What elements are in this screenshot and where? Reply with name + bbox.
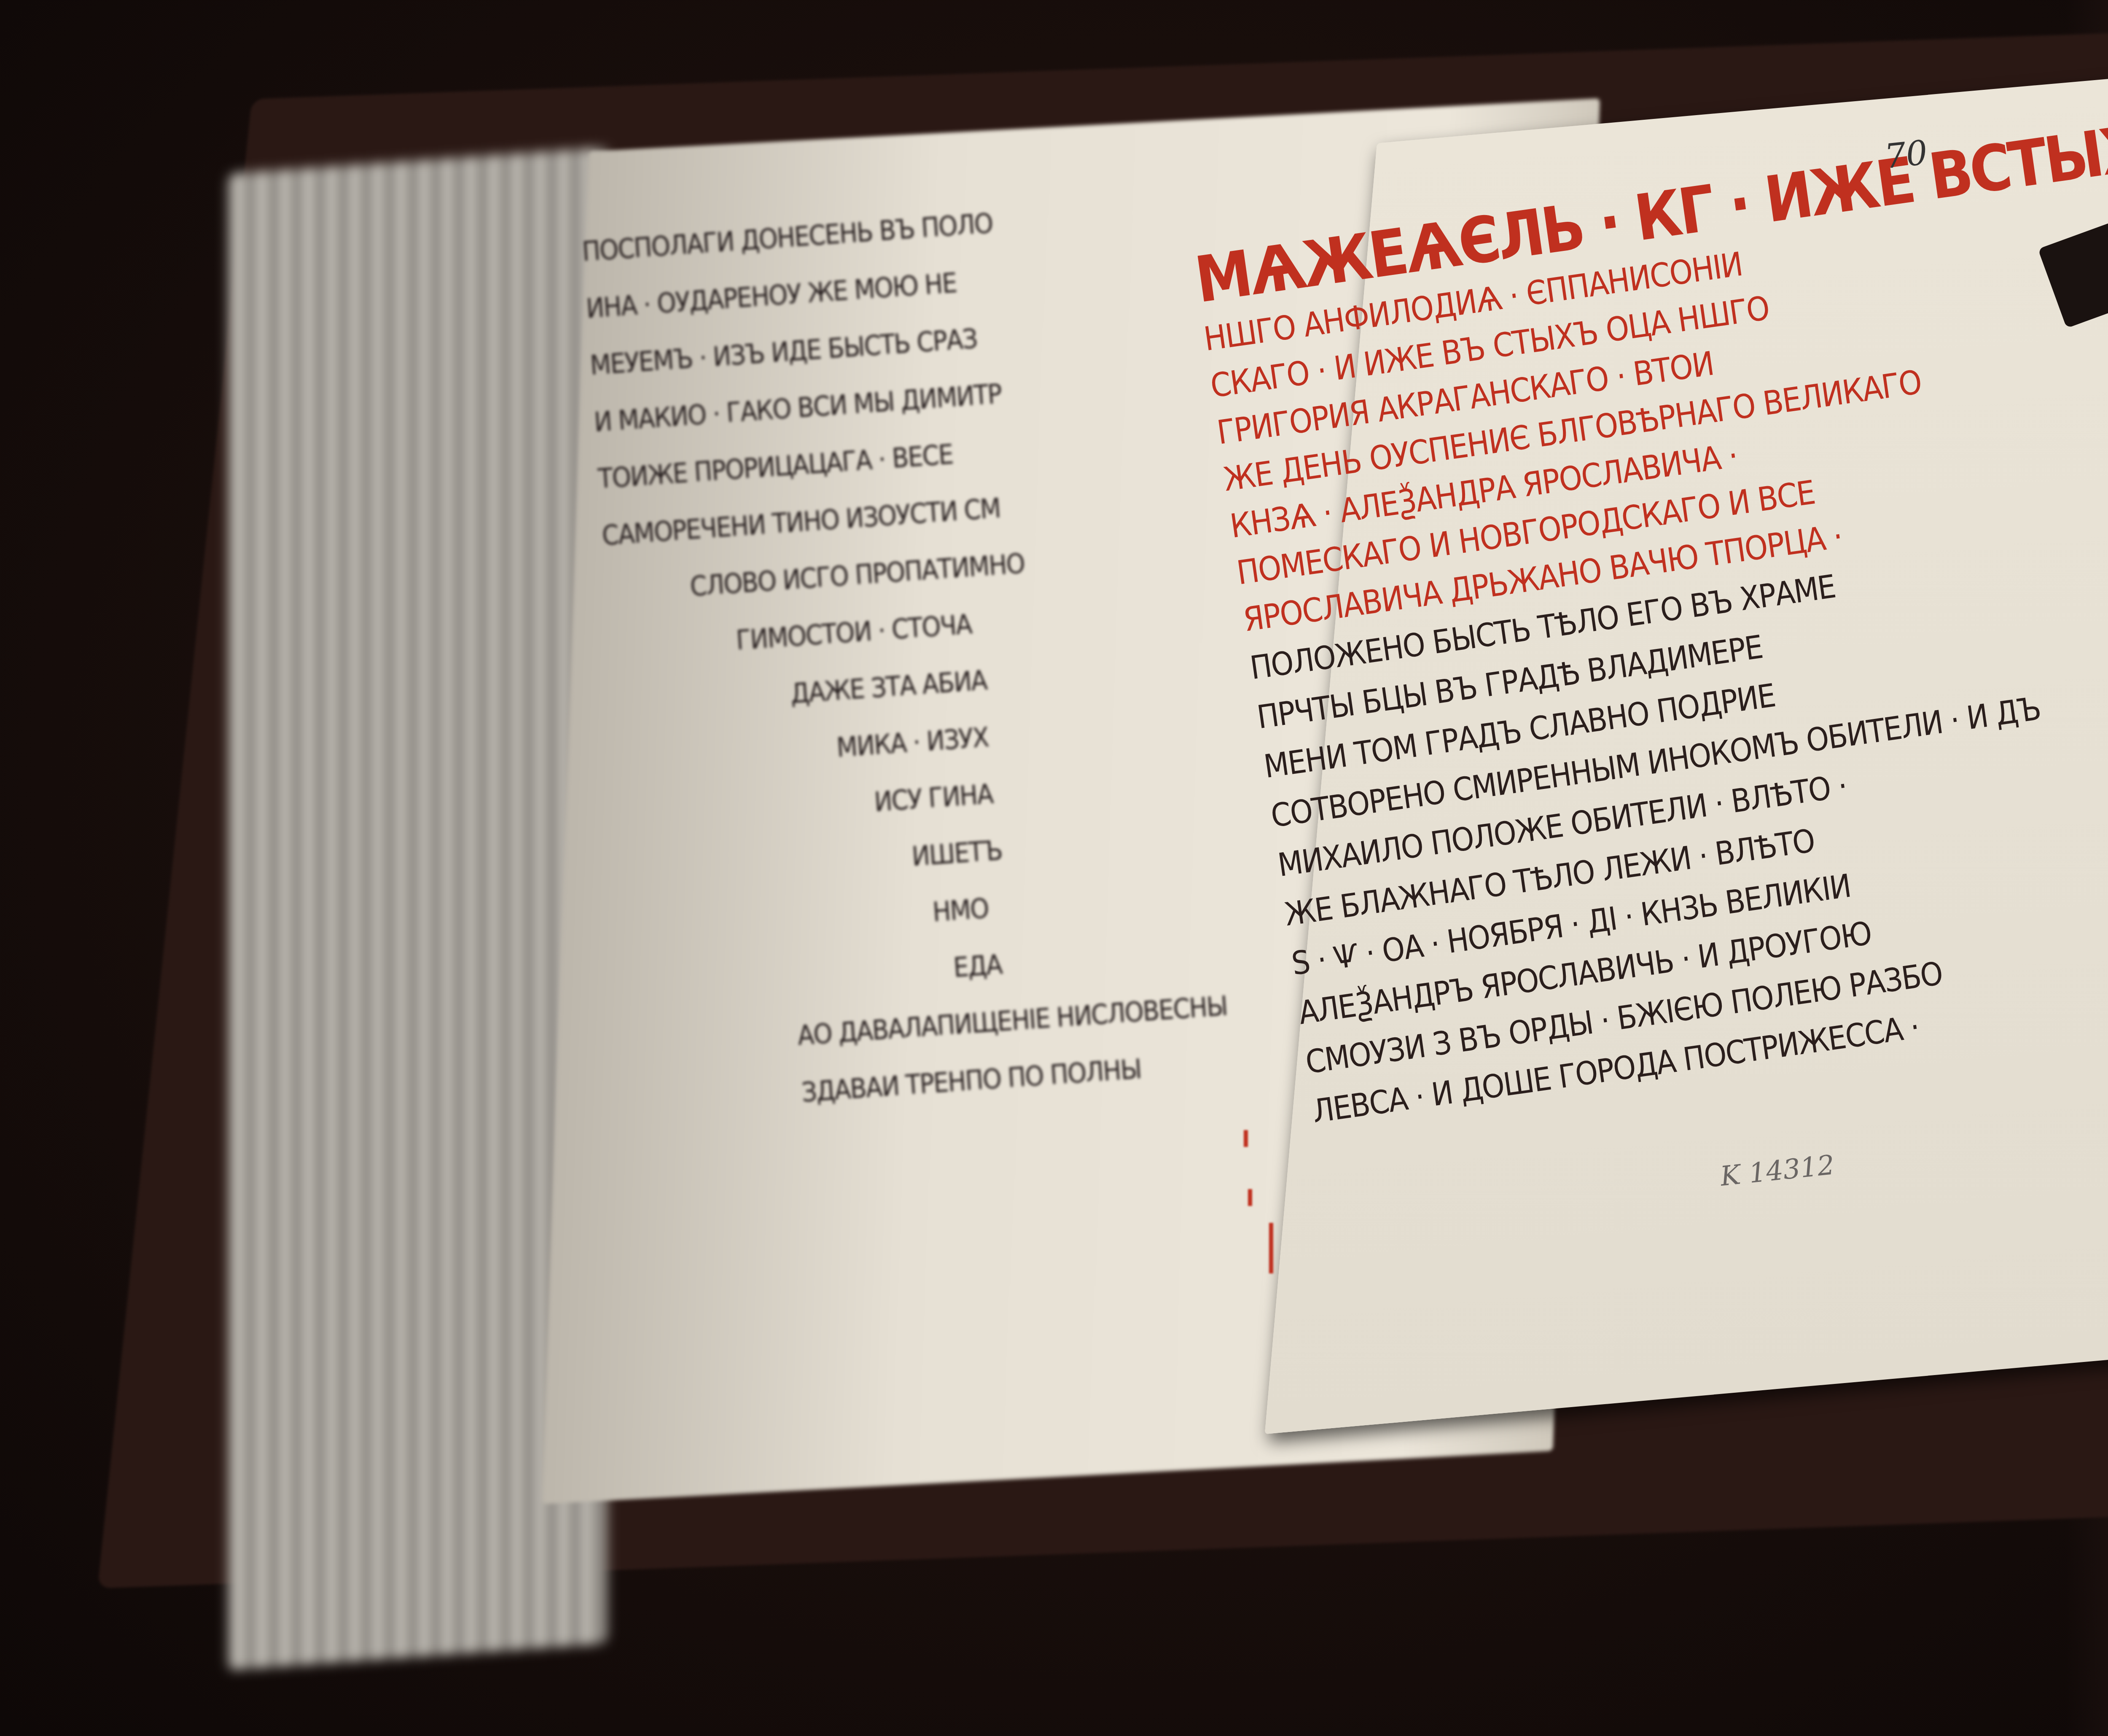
rubric-mark <box>1248 1189 1252 1206</box>
left-page-text: ПОСПОЛАГИ ДОНЕСЕНЬ ВЪ ПОЛО ИНА · ОУДАРЕН… <box>580 183 1233 1133</box>
folio-number: 70 <box>1882 133 1929 176</box>
rubric-mark <box>1244 1130 1248 1147</box>
museum-display-scene: ПОСПОЛАГИ ДОНЕСЕНЬ ВЪ ПОЛО ИНА · ОУДАРЕН… <box>0 0 2108 1736</box>
rubric-mark <box>1269 1223 1273 1273</box>
right-page-text: МѦЖЕѦЄЛЬ · КГ · ИЖЕ ВСТЫХЪ ОЦА НШГО АНФИ… <box>1191 84 2108 1136</box>
